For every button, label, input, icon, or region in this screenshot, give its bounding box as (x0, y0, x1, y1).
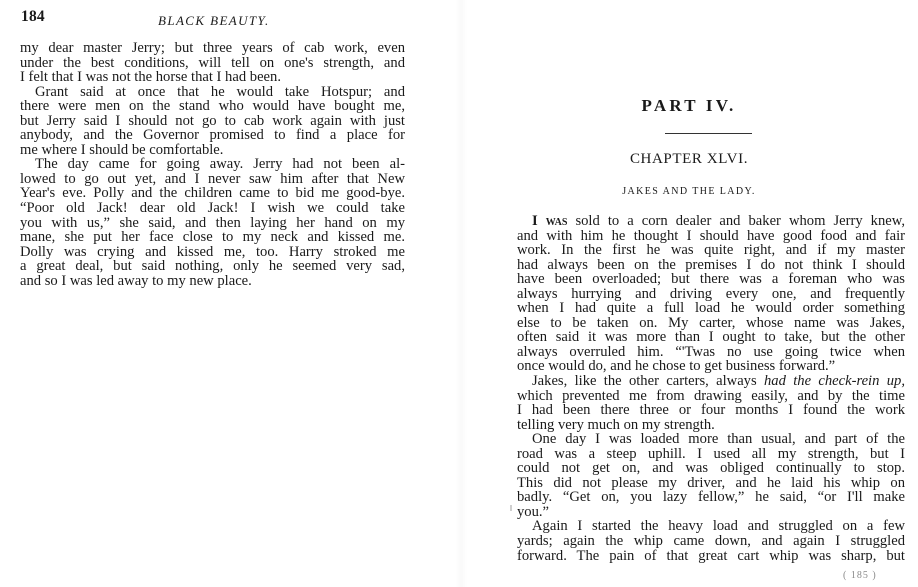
text-line: under the best conditions, will tell on … (20, 56, 405, 71)
text-line: work. In the first he was quite right, a… (517, 243, 905, 258)
chapter-subtitle: JAKES AND THE LADY. (460, 186, 918, 197)
text-line: Year's eve. Polly and the children came … (20, 186, 405, 201)
text-line: and with him he thought I should have go… (517, 229, 905, 244)
text-line: telling very much on my strength. (517, 418, 905, 433)
text-line: lowed to go out yet, and I never saw him… (20, 172, 405, 187)
book-spread: 184 BLACK BEAUTY. my dear master Jerry; … (0, 0, 918, 587)
opening-smallcaps: I was (532, 213, 567, 229)
text-line: One day I was loaded more than usual, an… (517, 432, 905, 447)
text-line: have been overloaded; but there was a fo… (517, 272, 905, 287)
text-line: I was sold to a corn dealer and baker wh… (517, 214, 905, 229)
scan-speck (510, 505, 512, 511)
text-line: mane, she put her face close to my neck … (20, 230, 405, 245)
page-number-right: ( 185 ) (843, 570, 877, 581)
title-rule (665, 133, 752, 134)
right-body-text: I was sold to a corn dealer and baker wh… (517, 214, 905, 563)
left-page: 184 BLACK BEAUTY. my dear master Jerry; … (0, 0, 460, 587)
text-line: Grant said at once that he would take Ho… (20, 85, 405, 100)
chapter-title: CHAPTER XLVI. (460, 151, 918, 168)
text-line: I had been there three or four months I … (517, 403, 905, 418)
running-head: BLACK BEAUTY. (158, 13, 270, 29)
text-line: Again I started the heavy load and strug… (517, 519, 905, 534)
text-line: which prevented me from drawing easily, … (517, 389, 905, 404)
text-line: could not get on, and was obliged contin… (517, 461, 905, 476)
text-line: when I had quite a full load he would or… (517, 301, 905, 316)
text-line: I felt that I was not the horse that I h… (20, 70, 405, 85)
text-line: always overruled him. “'Twas no use goin… (517, 345, 905, 360)
text-line: you with us,” she said, and then laying … (20, 216, 405, 231)
text-line: had always been on the premises I do not… (517, 258, 905, 273)
text-line: yards; again the whip came down, and aga… (517, 534, 905, 549)
text-line: Dolly was crying and kissed me, too. Har… (20, 245, 405, 260)
text-line: you.” (517, 505, 905, 520)
page-number-left: 184 (21, 8, 45, 26)
text-line: “Poor old Jack! dear old Jack! I wish we… (20, 201, 405, 216)
text-line: road was a steep uphill. I used all my s… (517, 447, 905, 462)
text-line: badly. “Get on, you lazy fellow,” he sai… (517, 490, 905, 505)
text-line: anybody, and the Governor promised to fi… (20, 128, 405, 143)
text-line: else to be taken on. My carter, whose na… (517, 316, 905, 331)
text-line: but Jerry said I should not go to cab wo… (20, 114, 405, 129)
text-line: The day came for going away. Jerry had n… (20, 157, 405, 172)
text-line: my dear master Jerry; but three years of… (20, 41, 405, 56)
text-line: once would do, and he chose to get busin… (517, 359, 905, 374)
text-line: forward. The pain of that great cart whi… (517, 549, 905, 564)
part-title: PART IV. (460, 96, 918, 116)
text-line: there were men on the stand who would ha… (20, 99, 405, 114)
italic-phrase: had the check-rein up, (764, 373, 905, 389)
text-line: a great deal, but said nothing, only he … (20, 259, 405, 274)
text-line: This did not please my driver, and he la… (517, 476, 905, 491)
text-line: and so I was led away to my new place. (20, 274, 405, 289)
text-line: often said it was more than I ought to t… (517, 330, 905, 345)
left-body-text: my dear master Jerry; but three years of… (20, 41, 405, 288)
text-line: always hurrying and driving every one, a… (517, 287, 905, 302)
text-line: me where I should be comfortable. (20, 143, 405, 158)
text-line: Jakes, like the other carters, always ha… (517, 374, 905, 389)
